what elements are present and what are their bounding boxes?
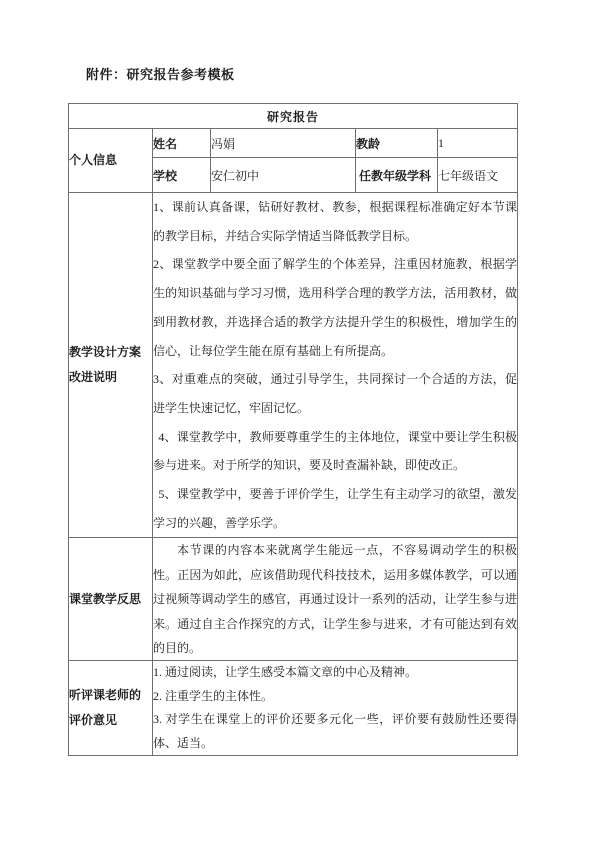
section-label-reflection: 课堂教学反思 (69, 538, 153, 661)
evaluation-label-line-2: 评价意见 (69, 708, 152, 733)
evaluation-content: 1. 通过阅读，让学生感受本篇文章的中心及精神。 2. 注重学生的主体性。 3.… (153, 661, 518, 756)
school-label: 学校 (153, 158, 211, 193)
design-paragraph-3: 3、对重难点的突破，通过引导学生，共同探讨一个合适的方法，促进学生快速记忆，牢固… (153, 365, 517, 422)
evaluation-row: 听评课老师的 评价意见 1. 通过阅读，让学生感受本篇文章的中心及精神。 2. … (69, 661, 518, 756)
attachment-title: 附件：研究报告参考模板 (86, 64, 235, 83)
grade-subject-label: 任教年级学科 (356, 158, 438, 193)
document-page: 附件：研究报告参考模板 研究报告 个人信息 姓名 冯娟 教龄 1 学校 安仁初中… (0, 0, 595, 842)
design-improvement-row: 教学设计方案 改进说明 1、课前认真备课，钻研好教材、教参，根据课程标准确定好本… (69, 193, 518, 538)
design-improvement-content: 1、课前认真备课，钻研好教材、教参，根据课程标准确定好本节课的教学目标，并结合实… (153, 193, 518, 538)
teaching-age-value: 1 (438, 129, 518, 158)
evaluation-label-line-1: 听评课老师的 (69, 683, 152, 708)
evaluation-item-3: 3. 对学生在课堂上的评价还要多元化一些，评价要有鼓励性还要得体、适当。 (153, 708, 517, 755)
name-value: 冯娟 (211, 129, 356, 158)
design-label-line-2: 改进说明 (69, 365, 152, 390)
reflection-content: 本节课的内容本来就离学生能远一点，不容易调动学生的积极性。正因为如此，应该借助现… (153, 538, 518, 661)
reflection-row: 课堂教学反思 本节课的内容本来就离学生能远一点，不容易调动学生的积极性。正因为如… (69, 538, 518, 661)
teaching-age-label: 教龄 (356, 129, 438, 158)
section-label-personal-info: 个人信息 (69, 129, 153, 193)
design-label-line-1: 教学设计方案 (69, 340, 152, 365)
school-value: 安仁初中 (211, 158, 356, 193)
reflection-paragraph: 本节课的内容本来就离学生能远一点，不容易调动学生的积极性。正因为如此，应该借助现… (153, 538, 517, 660)
evaluation-item-1: 1. 通过阅读，让学生感受本篇文章的中心及精神。 (153, 661, 517, 684)
research-report-table: 研究报告 个人信息 姓名 冯娟 教龄 1 学校 安仁初中 任教年级学科 七年级语… (68, 103, 518, 756)
design-paragraph-1: 1、课前认真备课，钻研好教材、教参，根据课程标准确定好本节课的教学目标，并结合实… (153, 193, 517, 250)
section-label-design-improvement: 教学设计方案 改进说明 (69, 193, 153, 538)
design-paragraph-5: 5、课堂教学中，要善于评价学生，让学生有主动学习的欲望，激发学习的兴趣，善学乐学… (153, 480, 517, 537)
evaluation-item-2: 2. 注重学生的主体性。 (153, 685, 517, 708)
name-label: 姓名 (153, 129, 211, 158)
personal-info-row-1: 个人信息 姓名 冯娟 教龄 1 (69, 129, 518, 158)
design-paragraph-4: 4、课堂教学中，教师要尊重学生的主体地位，课堂中要让学生积极参与进来。对于所学的… (153, 423, 517, 480)
grade-subject-value: 七年级语文 (438, 158, 518, 193)
design-paragraph-2: 2、课堂教学中要全面了解学生的个体差异，注重因材施教，根据学生的知识基础与学习习… (153, 250, 517, 365)
table-title-row: 研究报告 (69, 104, 518, 129)
section-label-evaluation: 听评课老师的 评价意见 (69, 661, 153, 756)
table-title: 研究报告 (69, 104, 518, 129)
